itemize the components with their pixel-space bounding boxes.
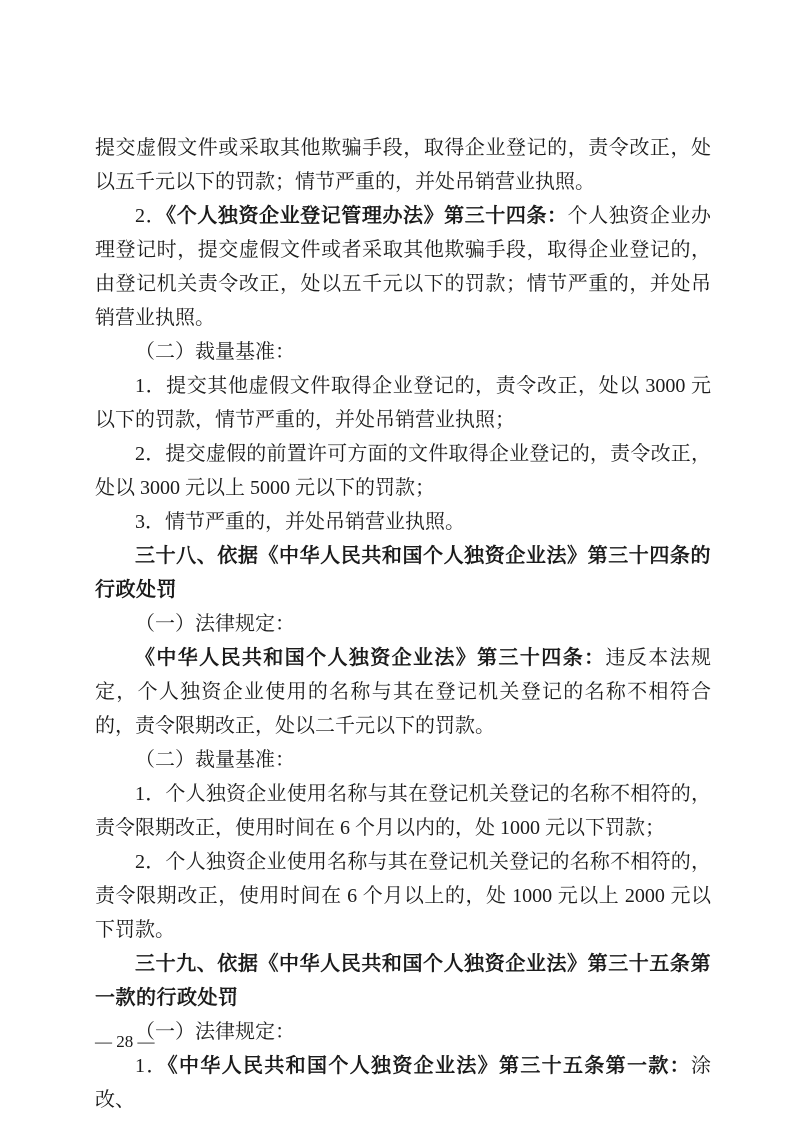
section-heading-text: 三十八、依据《中华人民共和国个人独资企业法》第三十四条的行政处罚: [95, 545, 711, 601]
document-page: 提交虚假文件或采取其他欺骗手段，取得企业登记的，责令改正，处以五千元以下的罚款；…: [0, 0, 793, 1122]
law-reference-bold: 《个人独资企业登记管理办法》第三十四条：: [166, 205, 567, 227]
list-item: 2．提交虚假的前置许可方面的文件取得企业登记的，责令改正，处以 3000 元以上…: [95, 437, 711, 505]
list-number: 1．: [135, 1055, 168, 1077]
paragraph-law-citation: 1．《中华人民共和国个人独资企业法》第三十五条第一款：涂改、: [95, 1049, 711, 1117]
section-heading-39: 三十九、依据《中华人民共和国个人独资企业法》第三十五条第一款的行政处罚: [95, 947, 711, 1015]
subsection-label-text: （二）裁量基准：: [135, 749, 295, 771]
subsection-label-text: （一）法律规定：: [135, 613, 295, 635]
law-reference-bold: 《中华人民共和国个人独资企业法》第三十四条：: [135, 647, 605, 669]
list-item-text: 1．个人独资企业使用名称与其在登记机关登记的名称不相符的，责令限期改正，使用时间…: [95, 783, 711, 839]
page-number: — 28 —: [95, 1030, 155, 1054]
list-item: 1．提交其他虚假文件取得企业登记的，责令改正，处以 3000 元以下的罚款，情节…: [95, 369, 711, 437]
subsection-label-text: （二）裁量基准：: [135, 341, 295, 363]
paragraph-law-citation: 《中华人民共和国个人独资企业法》第三十四条：违反本法规定，个人独资企业使用的名称…: [95, 641, 711, 743]
list-item-text: 3．情节严重的，并处吊销营业执照。: [135, 511, 465, 533]
list-item: 3．情节严重的，并处吊销营业执照。: [95, 505, 711, 539]
document-body: 提交虚假文件或采取其他欺骗手段，取得企业登记的，责令改正，处以五千元以下的罚款；…: [95, 131, 711, 1117]
law-reference-bold: 《中华人民共和国个人独资企业法》第三十五条第一款：: [168, 1055, 691, 1077]
subsection-label: （二）裁量基准：: [95, 335, 711, 369]
section-heading-text: 三十九、依据《中华人民共和国个人独资企业法》第三十五条第一款的行政处罚: [95, 953, 711, 1009]
subsection-label-text: （一）法律规定：: [135, 1021, 295, 1043]
list-item: 2．个人独资企业使用名称与其在登记机关登记的名称不相符的，责令限期改正，使用时间…: [95, 845, 711, 947]
list-item: 1．个人独资企业使用名称与其在登记机关登记的名称不相符的，责令限期改正，使用时间…: [95, 777, 711, 845]
subsection-label: （一）法律规定：: [95, 607, 711, 641]
subsection-label: （二）裁量基准：: [95, 743, 711, 777]
list-item-text: 2．提交虚假的前置许可方面的文件取得企业登记的，责令改正，处以 3000 元以上…: [95, 443, 711, 499]
list-number: 2．: [135, 205, 166, 227]
subsection-label: （一）法律规定：: [95, 1015, 711, 1049]
list-item-text: 1．提交其他虚假文件取得企业登记的，责令改正，处以 3000 元以下的罚款，情节…: [95, 375, 711, 431]
paragraph-continuation: 提交虚假文件或采取其他欺骗手段，取得企业登记的，责令改正，处以五千元以下的罚款；…: [95, 131, 711, 199]
list-item-text: 2．个人独资企业使用名称与其在登记机关登记的名称不相符的，责令限期改正，使用时间…: [95, 851, 711, 941]
paragraph-text: 提交虚假文件或采取其他欺骗手段，取得企业登记的，责令改正，处以五千元以下的罚款；…: [95, 137, 711, 193]
section-heading-38: 三十八、依据《中华人民共和国个人独资企业法》第三十四条的行政处罚: [95, 539, 711, 607]
paragraph-law-citation: 2．《个人独资企业登记管理办法》第三十四条：个人独资企业办理登记时，提交虚假文件…: [95, 199, 711, 335]
